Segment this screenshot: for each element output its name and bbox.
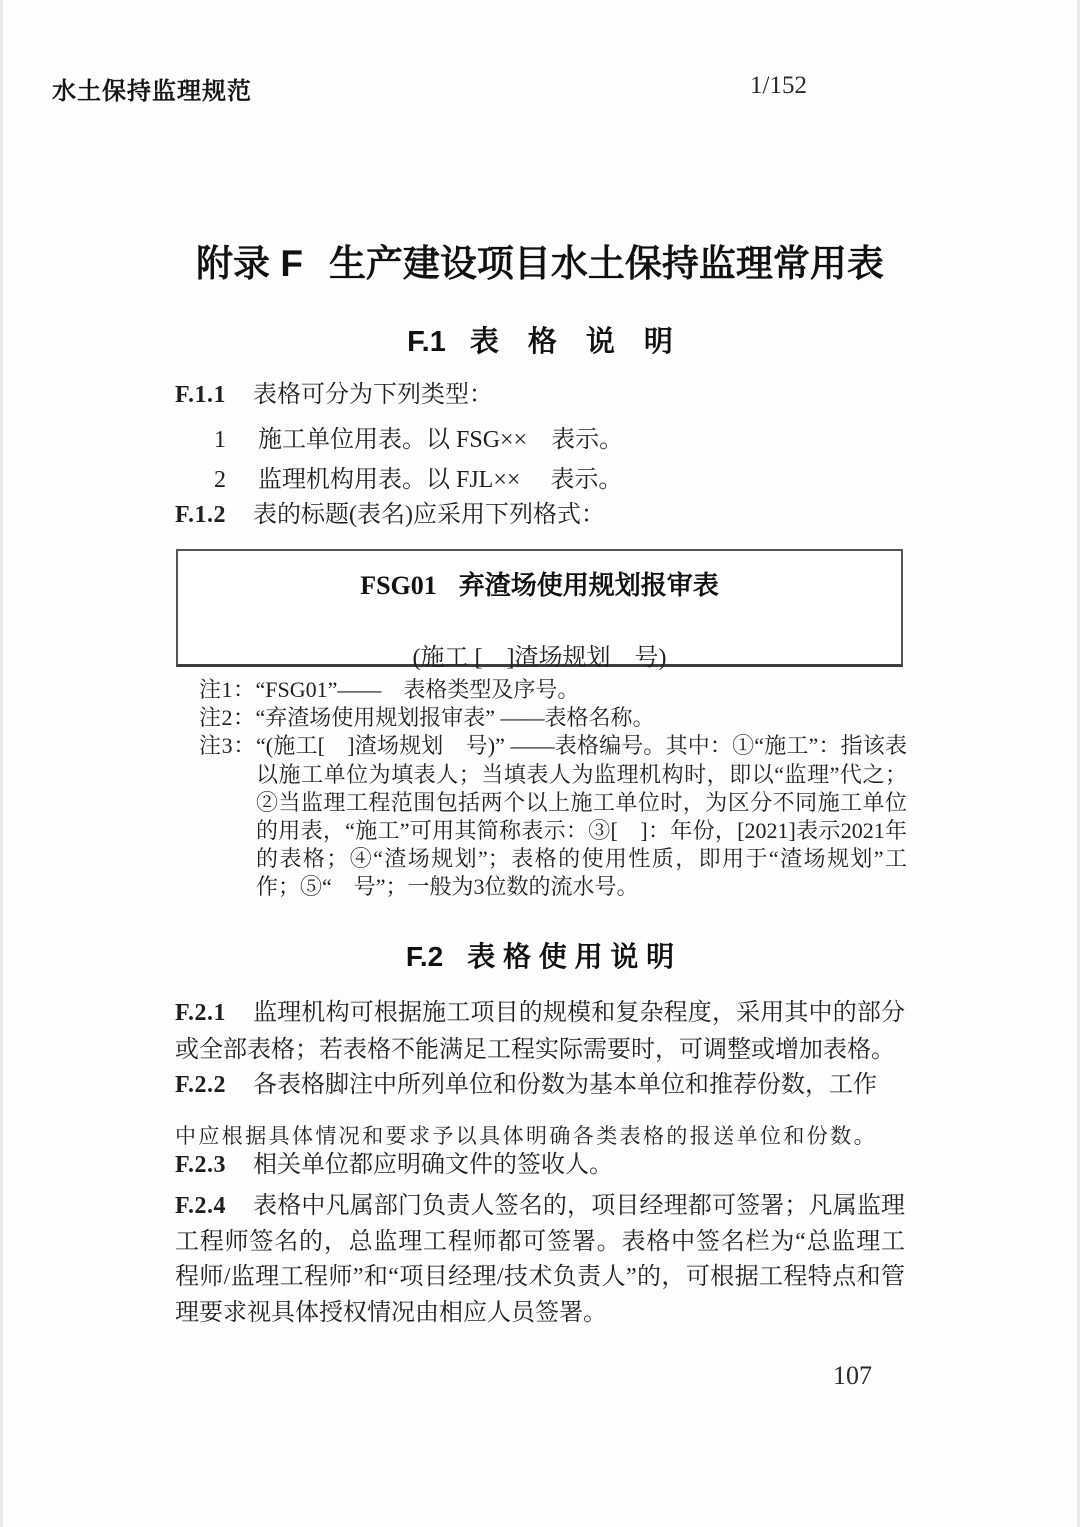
sample-form-code: FSG01 bbox=[360, 571, 437, 600]
list-item-2-number: 2 bbox=[214, 467, 226, 493]
header-doc-title: 水土保持监理规范 bbox=[52, 71, 252, 106]
clause-f2-3-label: F.2.3 bbox=[175, 1152, 226, 1178]
clause-f2-3: F.2.3相关单位都应明确文件的签收人。 bbox=[175, 1147, 905, 1183]
clause-f2-1-text: 监理机构可根据施工项目的规模和复杂程度，采用其中的部分或全部表格；若表格不能满足… bbox=[175, 1000, 905, 1063]
note-2: 注2：“弃渣场使用规划报审表” ——表格名称。 bbox=[199, 704, 907, 732]
clause-f2-4-label: F.2.4 bbox=[175, 1193, 226, 1219]
appendix-title: 附录 F生产建设项目水土保持监理常用表 bbox=[0, 233, 1080, 287]
clause-f1-1-text: 表格可分为下列类型： bbox=[253, 382, 493, 408]
clause-f2-2-continuation: 中应根据具体情况和要求予以具体明确各类表格的报送单位和份数。 bbox=[175, 1120, 935, 1150]
list-item-1-number: 1 bbox=[214, 427, 226, 453]
clause-f2-4-text: 表格中凡属部门负责人签名的，项目经理都可签署；凡属监理工程师签名的，总监理工程师… bbox=[175, 1193, 905, 1326]
sample-form-title: FSG01弃渣场使用规划报审表 bbox=[178, 565, 901, 602]
note-1-label: 注1： bbox=[199, 677, 256, 702]
clause-f1-2-label: F.1.2 bbox=[175, 502, 226, 528]
page-number: 107 bbox=[833, 1361, 872, 1391]
note-2-label: 注2： bbox=[199, 705, 256, 730]
section-f1-heading: F.1表 格 说 明 bbox=[0, 319, 1080, 360]
note-3-text: “(施工[ ]渣场规划 号)” ——表格编号。其中：①“施工”：指该表以施工单位… bbox=[256, 733, 907, 899]
clause-f1-2: F.1.2表的标题(表名)应采用下列格式： bbox=[175, 497, 905, 533]
clause-f2-1: F.2.1监理机构可根据施工项目的规模和复杂程度，采用其中的部分或全部表格；若表… bbox=[175, 995, 905, 1068]
note-3: 注3：“(施工[ ]渣场规划 号)” ——表格编号。其中：①“施工”：指该表以施… bbox=[199, 732, 907, 901]
clause-f1-1-label: F.1.1 bbox=[175, 382, 226, 408]
section-f2-title: 表 格 使 用 说 明 bbox=[467, 941, 674, 972]
list-item-1: 1施工单位用表。以 FSG×× 表示。 bbox=[214, 419, 623, 454]
header-page-indicator: 1/152 bbox=[750, 72, 807, 100]
clause-f2-3-text: 相关单位都应明确文件的签收人。 bbox=[253, 1152, 613, 1178]
document-page: 水土保持监理规范 1/152 附录 F生产建设项目水土保持监理常用表 F.1表 … bbox=[0, 0, 1080, 1527]
section-f2-number: F.2 bbox=[406, 941, 443, 972]
sample-form-subtitle: (施工 [ ]渣场规划 号) bbox=[178, 637, 901, 672]
section-f2-heading: F.2表 格 使 用 说 明 bbox=[0, 935, 1080, 975]
note-1-text: “FSG01”—— 表格类型及序号。 bbox=[256, 677, 580, 702]
list-item-1-text: 施工单位用表。以 FSG×× 表示。 bbox=[258, 427, 623, 453]
clause-f2-2-label: F.2.2 bbox=[175, 1072, 226, 1098]
section-f1-title: 表 格 说 明 bbox=[470, 326, 673, 358]
note-1: 注1：“FSG01”—— 表格类型及序号。 bbox=[199, 676, 907, 704]
clause-f2-2-text: 各表格脚注中所列单位和份数为基本单位和推荐份数，工作 bbox=[253, 1072, 877, 1098]
appendix-title-prefix: 附录 F bbox=[196, 243, 303, 284]
note-2-text: “弃渣场使用规划报审表” ——表格名称。 bbox=[256, 705, 655, 730]
section-f1-number: F.1 bbox=[407, 326, 446, 358]
sample-form-name: 弃渣场使用规划报审表 bbox=[459, 570, 719, 600]
appendix-title-main: 生产建设项目水土保持监理常用表 bbox=[329, 243, 884, 284]
sample-form-box: FSG01弃渣场使用规划报审表 (施工 [ ]渣场规划 号) bbox=[176, 549, 903, 667]
list-item-2-text: 监理机构用表。以 FJL×× 表示。 bbox=[258, 467, 622, 493]
clause-f1-2-text: 表的标题(表名)应采用下列格式： bbox=[253, 502, 605, 528]
notes-block: 注1：“FSG01”—— 表格类型及序号。 注2：“弃渣场使用规划报审表” ——… bbox=[199, 676, 907, 902]
clause-f1-1: F.1.1表格可分为下列类型： bbox=[175, 377, 905, 413]
clause-f2-1-label: F.2.1 bbox=[175, 1000, 226, 1026]
clause-f2-4: F.2.4表格中凡属部门负责人签名的，项目经理都可签署；凡属监理工程师签名的，总… bbox=[175, 1189, 905, 1331]
list-item-2: 2监理机构用表。以 FJL×× 表示。 bbox=[214, 459, 622, 494]
clause-f2-2: F.2.2各表格脚注中所列单位和份数为基本单位和推荐份数，工作 bbox=[175, 1067, 905, 1103]
note-3-label: 注3： bbox=[199, 733, 256, 758]
